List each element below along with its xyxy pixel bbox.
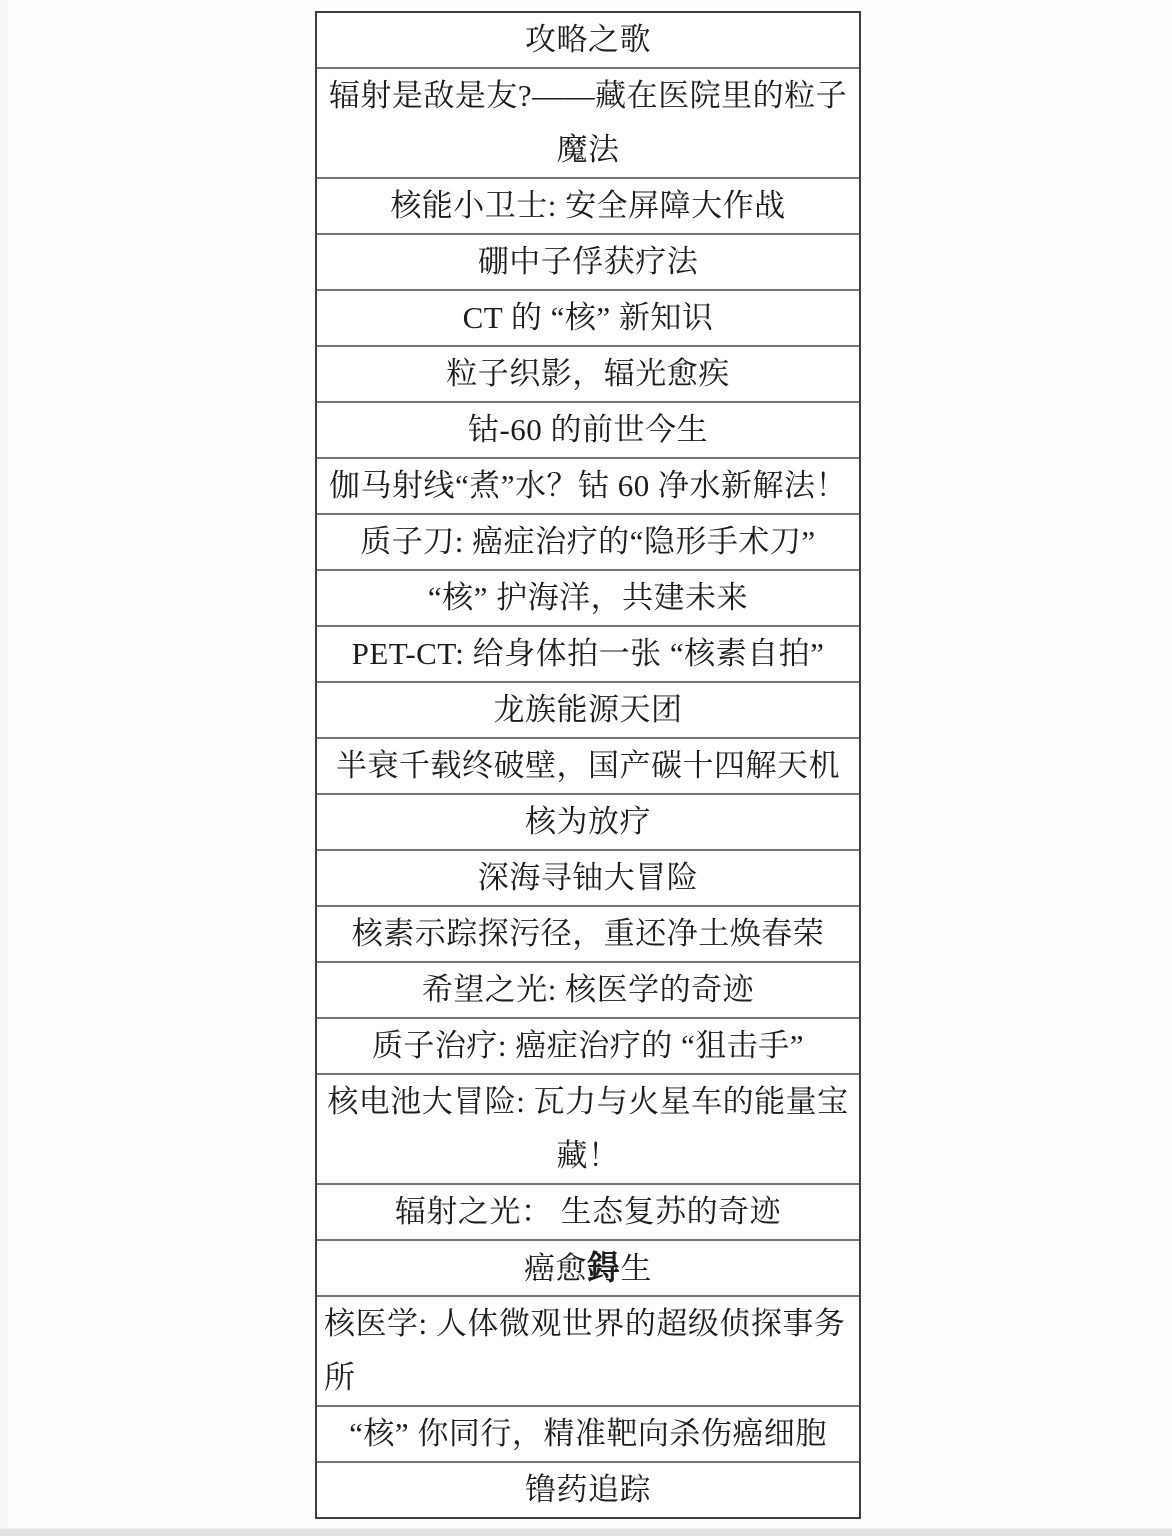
table-row: 龙族能源天团 (317, 681, 859, 737)
document-page: 攻略之歌辐射是敌是友?——藏在医院里的粒子魔法核能小卫士: 安全屏障大作战硼中子… (0, 0, 1172, 1536)
table-row: 癌愈鍀生 (317, 1239, 859, 1295)
table-row: CT 的 “核” 新知识 (317, 289, 859, 345)
row-line: 镥药追踪 (317, 1463, 859, 1517)
table-row: 伽马射线“煮”水？钴 60 净水新解法！ (317, 457, 859, 513)
table-row: 核医学: 人体微观世界的超级侦探事务所 (317, 1295, 859, 1405)
row-line: 核能小卫士: 安全屏障大作战 (317, 179, 859, 233)
row-line: 质子治疗: 癌症治疗的 “狙击手” (317, 1019, 859, 1073)
row-line: 核为放疗 (317, 795, 859, 849)
row-line: 质子刀: 癌症治疗的“隐形手术刀” (317, 515, 859, 569)
table-row: 攻略之歌 (317, 13, 859, 67)
table-row: 核能小卫士: 安全屏障大作战 (317, 177, 859, 233)
row-line: “核” 你同行，精准靶向杀伤癌细胞 (317, 1407, 859, 1461)
row-line: 伽马射线“煮”水？钴 60 净水新解法！ (317, 459, 859, 513)
row-line: 希望之光: 核医学的奇迹 (317, 963, 859, 1017)
table-row: 硼中子俘获疗法 (317, 233, 859, 289)
row-line: 粒子织影，辐光愈疾 (317, 347, 859, 401)
row-line: 核医学: 人体微观世界的超级侦探事务 (317, 1297, 859, 1351)
row-line: 辐射是敌是友?——藏在医院里的粒子 (317, 69, 859, 123)
row-line: 龙族能源天团 (317, 683, 859, 737)
row-line: 藏！ (317, 1129, 859, 1183)
row-text-segment: 癌愈 (524, 1251, 587, 1286)
row-line: 深海寻铀大冒险 (317, 851, 859, 905)
row-line: PET-CT: 给身体拍一张 “核素自拍” (317, 627, 859, 681)
table-row: 钴-60 的前世今生 (317, 401, 859, 457)
row-line: 核素示踪探污径，重还净土焕春荣 (317, 907, 859, 961)
page-left-edge (0, 0, 8, 1536)
table-row: “核” 你同行，精准靶向杀伤癌细胞 (317, 1405, 859, 1461)
table-row: 辐射是敌是友?——藏在医院里的粒子魔法 (317, 67, 859, 177)
table-row: 粒子织影，辐光愈疾 (317, 345, 859, 401)
table-row: 半衰千载终破壁，国产碳十四解天机 (317, 737, 859, 793)
row-line: 魔法 (317, 123, 859, 177)
table-row: 核素示踪探污径，重还净土焕春荣 (317, 905, 859, 961)
row-line: “核” 护海洋，共建未来 (317, 571, 859, 625)
table-row: 核电池大冒险: 瓦力与火星车的能量宝藏！ (317, 1073, 859, 1183)
row-line: 硼中子俘获疗法 (317, 235, 859, 289)
row-line: 攻略之歌 (317, 13, 859, 67)
table-row: 核为放疗 (317, 793, 859, 849)
row-text-segment: 生 (621, 1251, 653, 1286)
row-line: 核电池大冒险: 瓦力与火星车的能量宝 (317, 1075, 859, 1129)
topics-table: 攻略之歌辐射是敌是友?——藏在医院里的粒子魔法核能小卫士: 安全屏障大作战硼中子… (315, 11, 861, 1519)
table-row: 辐射之光： 生态复苏的奇迹 (317, 1183, 859, 1239)
table-row: 质子治疗: 癌症治疗的 “狙击手” (317, 1017, 859, 1073)
page-bottom-strip (0, 1528, 1172, 1536)
table-row: 镥药追踪 (317, 1461, 859, 1517)
table-row: 深海寻铀大冒险 (317, 849, 859, 905)
table-row: “核” 护海洋，共建未来 (317, 569, 859, 625)
row-line: 辐射之光： 生态复苏的奇迹 (317, 1185, 859, 1239)
table-row: PET-CT: 给身体拍一张 “核素自拍” (317, 625, 859, 681)
row-line: 半衰千载终破壁，国产碳十四解天机 (317, 739, 859, 793)
table-row: 质子刀: 癌症治疗的“隐形手术刀” (317, 513, 859, 569)
row-line: CT 的 “核” 新知识 (317, 291, 859, 345)
row-line: 钴-60 的前世今生 (317, 403, 859, 457)
row-line: 癌愈鍀生 (317, 1241, 859, 1295)
row-text-segment-altfont: 鍀 (587, 1249, 621, 1286)
table-row: 希望之光: 核医学的奇迹 (317, 961, 859, 1017)
row-line: 所 (317, 1351, 859, 1405)
